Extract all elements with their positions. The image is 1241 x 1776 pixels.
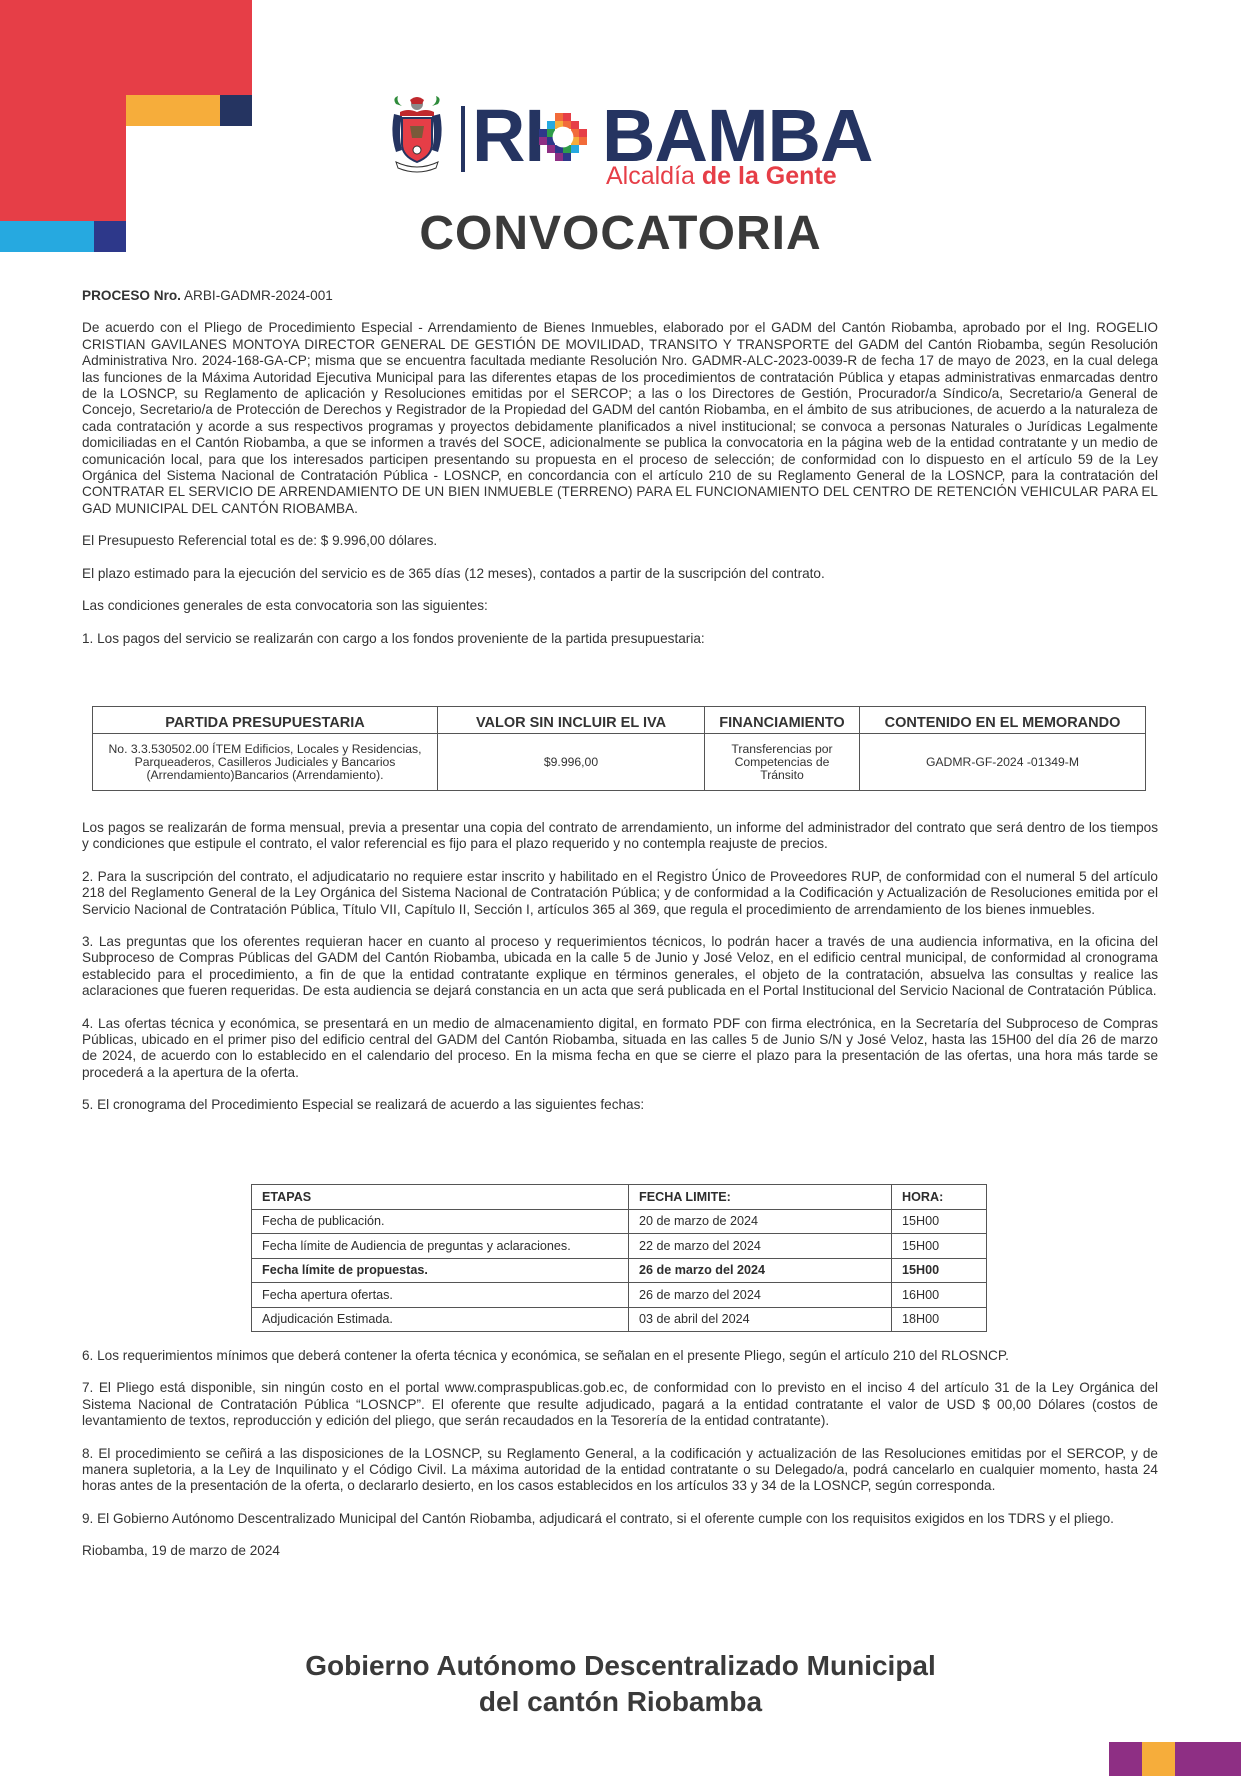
logo-divider	[461, 106, 465, 172]
plazo-paragraph: El plazo estimado para la ejecución del …	[82, 566, 1158, 582]
cell-etapa: Fecha límite de propuestas.	[252, 1258, 629, 1283]
header-valor: VALOR SIN INCLUIR EL IVA	[438, 707, 705, 734]
header-partida: PARTIDA PRESUPUESTARIA	[93, 707, 438, 734]
cell-hora: 15H00	[892, 1209, 987, 1234]
corner-decoration-red-lower	[0, 95, 126, 221]
cell-etapa: Adjudicación Estimada.	[252, 1307, 629, 1332]
item-2: 2. Para la suscripción del contrato, el …	[82, 869, 1158, 918]
riobamba-logo: RIBAMBA Alcaldía de la Gente	[388, 92, 858, 192]
item-6: 6. Los requerimientos mínimos que deberá…	[82, 1348, 1158, 1364]
header-fecha: FECHA LIMITE:	[629, 1185, 892, 1210]
header-etapas: ETAPAS	[252, 1185, 629, 1210]
footer-line-1: Gobierno Autónomo Descentralizado Munici…	[0, 1648, 1241, 1684]
header-memorando: CONTENIDO EN EL MEMORANDO	[860, 707, 1146, 734]
cell-memorando: GADMR-GF-2024 -01349-M	[860, 734, 1146, 791]
table-row: Fecha límite de propuestas.26 de marzo d…	[252, 1258, 987, 1283]
item-3: 3. Las preguntas que los oferentes requi…	[82, 934, 1158, 1000]
cell-partida: No. 3.3.530502.00 ÍTEM Edificios, Locale…	[93, 734, 438, 791]
proceso-number: PROCESO Nro. ARBI-GADMR-2024-001	[82, 288, 1158, 304]
footer-line-2: del cantón Riobamba	[0, 1684, 1241, 1720]
cronograma-header: ETAPAS FECHA LIMITE: HORA:	[252, 1185, 987, 1210]
item-8: 8. El procedimiento se ceñirá a las disp…	[82, 1446, 1158, 1495]
footer-decoration-purple	[1109, 1742, 1142, 1776]
cell-etapa: Fecha apertura ofertas.	[252, 1283, 629, 1308]
corner-decoration-navy	[220, 95, 252, 126]
corner-decoration-red	[0, 0, 252, 95]
corner-decoration-yellow	[126, 95, 220, 126]
partida-table: PARTIDA PRESUPUESTARIA VALOR SIN INCLUIR…	[92, 706, 1146, 791]
coat-of-arms-icon	[388, 94, 446, 176]
footer-institution: Gobierno Autónomo Descentralizado Munici…	[0, 1648, 1241, 1720]
pagos-paragraph: Los pagos se realizarán de forma mensual…	[82, 820, 1158, 853]
header-financiamiento: FINANCIAMIENTO	[705, 707, 860, 734]
item-7: 7. El Pliego está disponible, sin ningún…	[82, 1380, 1158, 1429]
chakana-icon	[539, 113, 595, 169]
cell-hora: 15H00	[892, 1258, 987, 1283]
cell-fecha: 22 de marzo del 2024	[629, 1234, 892, 1259]
item-4: 4. Las ofertas técnica y económica, se p…	[82, 1016, 1158, 1082]
cell-fecha: 20 de marzo de 2024	[629, 1209, 892, 1234]
intro-paragraph: De acuerdo con el Pliego de Procedimient…	[82, 320, 1158, 517]
item-5: 5. El cronograma del Procedimiento Espec…	[82, 1097, 1158, 1113]
table-row: Adjudicación Estimada.03 de abril del 20…	[252, 1307, 987, 1332]
item-1: 1. Los pagos del servicio se realizarán …	[82, 631, 1158, 647]
table-row: Fecha apertura ofertas.26 de marzo del 2…	[252, 1283, 987, 1308]
partida-table-header: PARTIDA PRESUPUESTARIA VALOR SIN INCLUIR…	[93, 707, 1146, 734]
presupuesto-paragraph: El Presupuesto Referencial total es de: …	[82, 533, 1158, 549]
cell-hora: 16H00	[892, 1283, 987, 1308]
document-body-top: PROCESO Nro. ARBI-GADMR-2024-001 De acue…	[82, 288, 1158, 663]
cell-valor: $9.996,00	[438, 734, 705, 791]
table-row: No. 3.3.530502.00 ÍTEM Edificios, Locale…	[93, 734, 1146, 791]
cell-hora: 15H00	[892, 1234, 987, 1259]
table-row: Fecha de publicación.20 de marzo de 2024…	[252, 1209, 987, 1234]
footer-decoration-yellow	[1142, 1742, 1175, 1776]
cell-hora: 18H00	[892, 1307, 987, 1332]
cell-etapa: Fecha límite de Audiencia de preguntas y…	[252, 1234, 629, 1259]
document-body-middle: Los pagos se realizarán de forma mensual…	[82, 820, 1158, 1130]
condiciones-intro: Las condiciones generales de esta convoc…	[82, 598, 1158, 614]
item-9: 9. El Gobierno Autónomo Descentralizado …	[82, 1511, 1158, 1527]
cell-financiamiento: Transferencias por Competencias de Tráns…	[705, 734, 860, 791]
place-date: Riobamba, 19 de marzo de 2024	[82, 1543, 1158, 1559]
logo-tagline: Alcaldía de la Gente	[606, 162, 837, 191]
document-body-bottom: 6. Los requerimientos mínimos que deberá…	[82, 1348, 1158, 1576]
cronograma-table: ETAPAS FECHA LIMITE: HORA: Fecha de publ…	[251, 1184, 987, 1332]
header-hora: HORA:	[892, 1185, 987, 1210]
cell-etapa: Fecha de publicación.	[252, 1209, 629, 1234]
table-row: Fecha límite de Audiencia de preguntas y…	[252, 1234, 987, 1259]
page-title: CONVOCATORIA	[0, 206, 1241, 261]
cell-fecha: 26 de marzo del 2024	[629, 1258, 892, 1283]
footer-decoration-purple-wide	[1175, 1742, 1241, 1776]
cell-fecha: 26 de marzo del 2024	[629, 1283, 892, 1308]
cell-fecha: 03 de abril del 2024	[629, 1307, 892, 1332]
